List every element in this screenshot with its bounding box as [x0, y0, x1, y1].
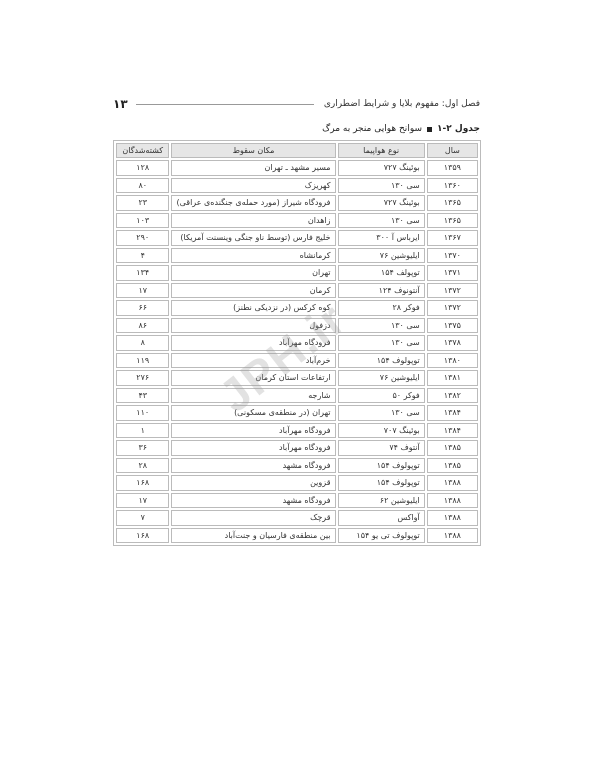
cell-year: ۱۳۷۲ [427, 300, 478, 316]
table-row: ۱۳۶۷ایرباس آ ۳۰۰خلیج فارس (توسط ناو جنگی… [116, 230, 478, 246]
cell-plane-type: سی ۱۳۰ [338, 335, 425, 351]
caption-title: سوانح هوایی منجر به مرگ [322, 124, 422, 134]
header-crash-location: مکان سقوط [171, 143, 335, 158]
cell-year: ۱۳۸۰ [427, 353, 478, 369]
table-row: ۱۳۷۸سی ۱۳۰فرودگاه مهرآباد۸ [116, 335, 478, 351]
cell-plane-type: آواکس [338, 510, 425, 526]
cell-fatalities: ۴۳ [116, 388, 169, 404]
header-year: سال [427, 143, 478, 158]
bullet-square-icon [427, 127, 432, 132]
cell-year: ۱۳۷۰ [427, 248, 478, 264]
cell-fatalities: ۱۷ [116, 283, 169, 299]
cell-plane-type: توپولوف تی یو ۱۵۴ [338, 528, 425, 544]
cell-crash-location: تهران [171, 265, 335, 281]
cell-year: ۱۳۶۷ [427, 230, 478, 246]
cell-fatalities: ۲۸ [116, 458, 169, 474]
cell-plane-type: فوکر ۲۸ [338, 300, 425, 316]
chapter-title: فصل اول: مفهوم بلایا و شرایط اضطراری [318, 99, 480, 109]
cell-plane-type: آنتونوف ۱۲۴ [338, 283, 425, 299]
table-row: ۱۳۷۵سی ۱۳۰دزفول۸۶ [116, 318, 478, 334]
table-row: ۱۳۸۲فوکر ۵۰شارجه۴۳ [116, 388, 478, 404]
cell-year: ۱۳۸۴ [427, 405, 478, 421]
cell-year: ۱۳۸۸ [427, 493, 478, 509]
cell-fatalities: ۱ [116, 423, 169, 439]
cell-year: ۱۳۵۹ [427, 160, 478, 176]
cell-crash-location: خرم‌آباد [171, 353, 335, 369]
cell-crash-location: فرودگاه مشهد [171, 493, 335, 509]
cell-year: ۱۳۸۲ [427, 388, 478, 404]
cell-year: ۱۳۶۵ [427, 195, 478, 211]
cell-plane-type: ایلیوشین ۷۶ [338, 248, 425, 264]
cell-crash-location: فرودگاه مشهد [171, 458, 335, 474]
cell-fatalities: ۲۷۶ [116, 370, 169, 386]
cell-plane-type: سی ۱۳۰ [338, 213, 425, 229]
table-row: ۱۳۷۲فوکر ۲۸کوه کرکس (در نزدیکی نطنز)۶۶ [116, 300, 478, 316]
cell-fatalities: ۱۳۴ [116, 265, 169, 281]
table-row: ۱۳۸۴بوئینگ ۷۰۷فرودگاه مهرآباد۱ [116, 423, 478, 439]
table-row: ۱۳۸۸ایلیوشین ۶۲فرودگاه مشهد۱۷ [116, 493, 478, 509]
table-row: ۱۳۶۰سی ۱۳۰کهریزک۸۰ [116, 178, 478, 194]
cell-year: ۱۳۷۵ [427, 318, 478, 334]
cell-crash-location: تهران (در منطقه‌ی مسکونی) [171, 405, 335, 421]
accidents-table: سال نوع هواپیما مکان سقوط کشته‌شدگان ۱۳۵… [113, 140, 481, 546]
cell-year: ۱۳۸۱ [427, 370, 478, 386]
cell-fatalities: ۸ [116, 335, 169, 351]
table-caption: جدول ۲-۱ سوانح هوایی منجر به مرگ [322, 124, 480, 134]
cell-year: ۱۳۶۵ [427, 213, 478, 229]
cell-fatalities: ۱۷ [116, 493, 169, 509]
cell-crash-location: بین منطقه‌ی فارسیان و جنت‌آباد [171, 528, 335, 544]
cell-plane-type: بوئینگ ۷۰۷ [338, 423, 425, 439]
cell-plane-type: سی ۱۳۰ [338, 318, 425, 334]
cell-crash-location: شارجه [171, 388, 335, 404]
cell-fatalities: ۱۱۰ [116, 405, 169, 421]
cell-fatalities: ۳۶ [116, 440, 169, 456]
cell-fatalities: ۱۱۹ [116, 353, 169, 369]
cell-plane-type: توپولوف ۱۵۴ [338, 475, 425, 491]
cell-crash-location: مسیر مشهد ـ تهران [171, 160, 335, 176]
cell-year: ۱۳۸۵ [427, 440, 478, 456]
cell-plane-type: ایلیوشین ۶۲ [338, 493, 425, 509]
table-header-row: سال نوع هواپیما مکان سقوط کشته‌شدگان [116, 143, 478, 158]
cell-plane-type: بوئینگ ۷۲۷ [338, 160, 425, 176]
cell-fatalities: ۲۳ [116, 195, 169, 211]
header-rule [136, 104, 314, 105]
cell-plane-type: توپولوف ۱۵۴ [338, 458, 425, 474]
table-row: ۱۳۸۴سی ۱۳۰تهران (در منطقه‌ی مسکونی)۱۱۰ [116, 405, 478, 421]
page-number: ۱۳ [113, 97, 132, 111]
cell-year: ۱۳۸۵ [427, 458, 478, 474]
cell-fatalities: ۸۰ [116, 178, 169, 194]
cell-plane-type: آنتوف ۷۴ [338, 440, 425, 456]
cell-plane-type: ایلیوشین ۷۶ [338, 370, 425, 386]
table-row: ۱۳۸۵آنتوف ۷۴فرودگاه مهرآباد۳۶ [116, 440, 478, 456]
cell-year: ۱۳۷۸ [427, 335, 478, 351]
table-row: ۱۳۸۸توپولوف تی یو ۱۵۴بین منطقه‌ی فارسیان… [116, 528, 478, 544]
cell-year: ۱۳۸۴ [427, 423, 478, 439]
header-fatalities: کشته‌شدگان [116, 143, 169, 158]
cell-crash-location: خلیج فارس (توسط ناو جنگی وینسنت آمریکا) [171, 230, 335, 246]
cell-crash-location: فرودگاه مهرآباد [171, 335, 335, 351]
cell-fatalities: ۲۹۰ [116, 230, 169, 246]
table-row: ۱۳۸۸توپولوف ۱۵۴قزوین۱۶۸ [116, 475, 478, 491]
table-row: ۱۳۵۹بوئینگ ۷۲۷مسیر مشهد ـ تهران۱۲۸ [116, 160, 478, 176]
cell-fatalities: ۱۰۳ [116, 213, 169, 229]
table-row: ۱۳۸۵توپولوف ۱۵۴فرودگاه مشهد۲۸ [116, 458, 478, 474]
cell-plane-type: ایرباس آ ۳۰۰ [338, 230, 425, 246]
table-row: ۱۳۶۵سی ۱۳۰زاهدان۱۰۳ [116, 213, 478, 229]
cell-year: ۱۳۸۸ [427, 475, 478, 491]
table-row: ۱۳۷۱توپولف ۱۵۴تهران۱۳۴ [116, 265, 478, 281]
table-row: ۱۳۸۰توپولوف ۱۵۴خرم‌آباد۱۱۹ [116, 353, 478, 369]
table-row: ۱۳۷۲آنتونوف ۱۲۴کرمان۱۷ [116, 283, 478, 299]
cell-fatalities: ۸۶ [116, 318, 169, 334]
cell-crash-location: کرمان [171, 283, 335, 299]
table-row: ۱۳۸۸آواکسقرچک۷ [116, 510, 478, 526]
cell-fatalities: ۱۲۸ [116, 160, 169, 176]
cell-crash-location: کرمانشاه [171, 248, 335, 264]
cell-fatalities: ۴ [116, 248, 169, 264]
cell-fatalities: ۱۶۸ [116, 475, 169, 491]
cell-plane-type: سی ۱۳۰ [338, 178, 425, 194]
accidents-table-container: سال نوع هواپیما مکان سقوط کشته‌شدگان ۱۳۵… [113, 140, 481, 546]
table-row: ۱۳۸۱ایلیوشین ۷۶ارتفاعات استان کرمان۲۷۶ [116, 370, 478, 386]
cell-year: ۱۳۷۱ [427, 265, 478, 281]
table-row: ۱۳۶۵بوئینگ ۷۲۷فرودگاه شیراز (مورد حمله‌ی… [116, 195, 478, 211]
cell-crash-location: قرچک [171, 510, 335, 526]
cell-year: ۱۳۶۰ [427, 178, 478, 194]
cell-plane-type: توپولف ۱۵۴ [338, 265, 425, 281]
cell-fatalities: ۶۶ [116, 300, 169, 316]
table-row: ۱۳۷۰ایلیوشین ۷۶کرمانشاه۴ [116, 248, 478, 264]
cell-crash-location: فرودگاه مهرآباد [171, 440, 335, 456]
cell-plane-type: توپولوف ۱۵۴ [338, 353, 425, 369]
header-plane-type: نوع هواپیما [338, 143, 425, 158]
cell-crash-location: دزفول [171, 318, 335, 334]
cell-year: ۱۳۸۸ [427, 510, 478, 526]
cell-crash-location: فرودگاه مهرآباد [171, 423, 335, 439]
cell-year: ۱۳۷۲ [427, 283, 478, 299]
cell-crash-location: زاهدان [171, 213, 335, 229]
cell-fatalities: ۱۶۸ [116, 528, 169, 544]
caption-label: جدول ۲-۱ [437, 124, 480, 134]
cell-year: ۱۳۸۸ [427, 528, 478, 544]
cell-crash-location: کهریزک [171, 178, 335, 194]
cell-plane-type: فوکر ۵۰ [338, 388, 425, 404]
cell-fatalities: ۷ [116, 510, 169, 526]
cell-crash-location: فرودگاه شیراز (مورد حمله‌ی جنگنده‌ی عراق… [171, 195, 335, 211]
cell-plane-type: بوئینگ ۷۲۷ [338, 195, 425, 211]
cell-plane-type: سی ۱۳۰ [338, 405, 425, 421]
cell-crash-location: ارتفاعات استان کرمان [171, 370, 335, 386]
cell-crash-location: کوه کرکس (در نزدیکی نطنز) [171, 300, 335, 316]
cell-crash-location: قزوین [171, 475, 335, 491]
table-body: ۱۳۵۹بوئینگ ۷۲۷مسیر مشهد ـ تهران۱۲۸۱۳۶۰سی… [116, 160, 478, 543]
page-header: فصل اول: مفهوم بلایا و شرایط اضطراری ۱۳ [113, 96, 480, 112]
